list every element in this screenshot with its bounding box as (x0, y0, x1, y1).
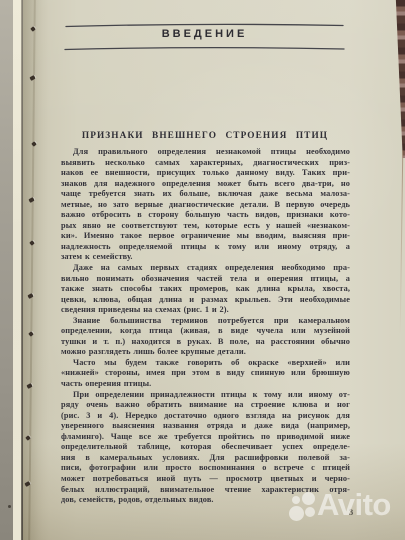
paper-speck (8, 505, 11, 508)
text-line: надлежность определяемой птицы к тому ил… (61, 242, 350, 253)
watermark-text: Avito (317, 487, 391, 523)
text-line: может потребоваться иной путь — просмотр… (61, 474, 350, 485)
text-line: (рис. 3 и 4). Нередко достаточно одного … (61, 411, 350, 422)
header-rule-bottom (64, 45, 345, 51)
text-line: Знание большинства терминов потребуется … (61, 316, 350, 327)
book-photo: ВВЕДЕНИЕ ПРИЗНАКИ ВНЕШНЕГО СТРОЕНИЯ ПТИЦ… (0, 0, 405, 540)
text-line: уверенного выяснения названия отряда и д… (61, 421, 350, 432)
watermark-logo-circle (305, 507, 315, 517)
chapter-title: ВВЕДЕНИЕ (64, 28, 345, 40)
watermark-logo-circle (302, 492, 315, 505)
text-line: часть оперения птицы. (61, 379, 350, 390)
text-line: определительной таблице, которая обеспеч… (61, 442, 350, 453)
text-line: затем к семейству. (61, 252, 350, 263)
text-line: Для правильного определения незнакомой п… (61, 147, 350, 158)
watermark-logo-circle (292, 496, 300, 504)
text-line: При определении принадлежности птицы к т… (61, 390, 350, 401)
text-line: наков ее внешности, присущих только данн… (61, 168, 350, 179)
text-line: метные, но зато верные диагностические д… (61, 200, 350, 211)
text-line: ки». Именно такое первое ограничение мы … (61, 231, 350, 242)
text-line: писи, фотографии или просто воспоминания… (61, 463, 350, 474)
text-line: Часто мы будем также говорить об окраске… (61, 358, 350, 369)
text-line: выявить несколько самых характерных, диа… (61, 158, 350, 169)
text-line: также знать способы таких промеров, как … (61, 284, 350, 295)
avito-watermark: Avito (289, 489, 405, 535)
text-line: можно разглядеть лишь более крупные дета… (61, 347, 350, 358)
text-line: важно отбросить в сторону бо́льшую часть… (61, 210, 350, 221)
text-line: цевки, клюва, общая длина и размах крыль… (61, 295, 350, 306)
spine-fold-shadow (23, 0, 49, 540)
text-line: определении, когда птица (живая, в виде … (61, 326, 350, 337)
text-line: вильно понимать обозначения частей тела … (61, 274, 350, 285)
text-line: Даже на самых первых стадиях определения… (61, 263, 350, 274)
text-line: сведения приведены на схемах (рис. 1 и 2… (61, 305, 350, 316)
text-line: чаще требуется знать их больше, включая … (61, 189, 350, 200)
text-block: Для правильного определения незнакомой п… (61, 147, 350, 506)
text-line: ния в камеральных условиях. Для расшифро… (61, 453, 350, 464)
text-line: ряду очень важно обратить внимание на ст… (61, 400, 350, 411)
text-line: «нижней» стороны, имея при этом в виду с… (61, 368, 350, 379)
watermark-logo-circle (289, 506, 304, 521)
section-title: ПРИЗНАКИ ВНЕШНЕГО СТРОЕНИЯ ПТИЦ (61, 131, 349, 141)
text-line: знаков для надежного определения может б… (61, 179, 350, 190)
text-line: фламинго). Чаще все же требуется пройтис… (61, 432, 350, 443)
text-line: рых явно не соответствуют тем, которые е… (61, 221, 350, 232)
text-line: тушки и т. п.) находится в руках. В поле… (61, 337, 350, 348)
